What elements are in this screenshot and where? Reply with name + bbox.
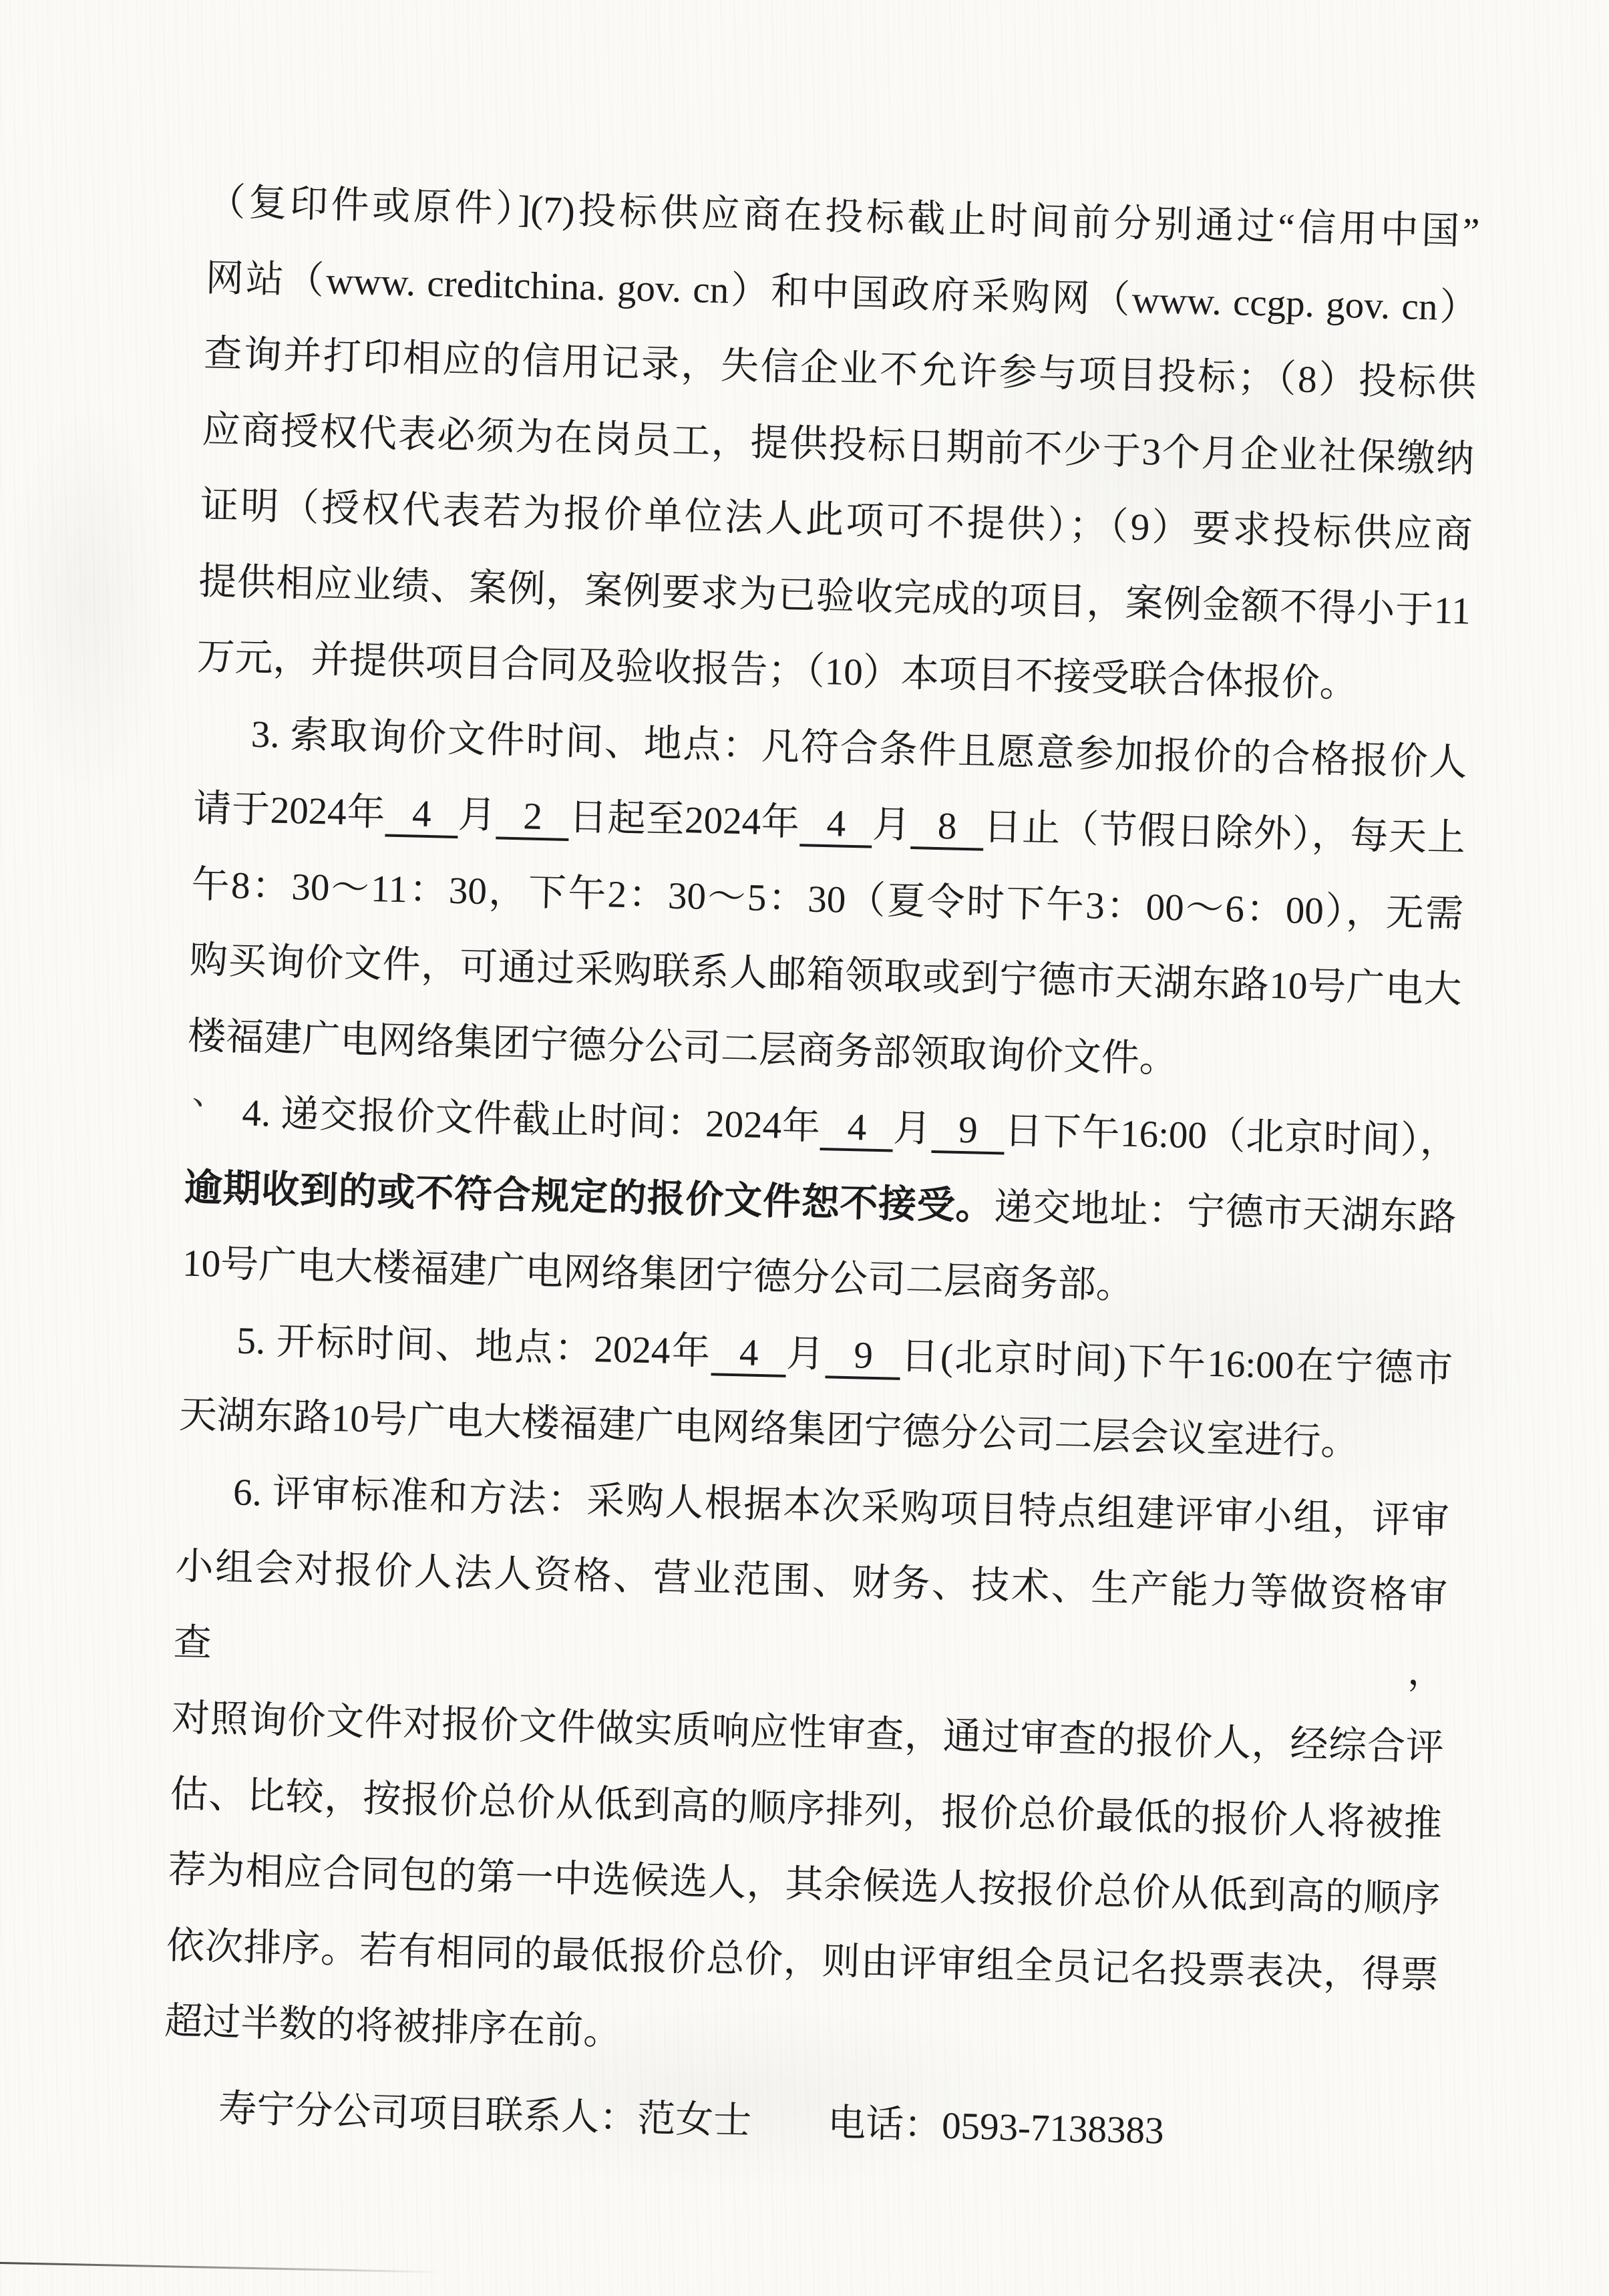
underlined-date-value: 8 xyxy=(910,804,984,851)
text-run: 午8：30～11：30，下午2：30～5：30（夏令时下午3：00～6：00），… xyxy=(191,863,1464,935)
text-run: 日(北京时间)下午16:00在宁德市 xyxy=(900,1335,1453,1389)
text-run: 月 xyxy=(786,1332,827,1375)
text-run: 5. 开标时间、地点：2024年 xyxy=(236,1319,712,1373)
text-run: 日止（节假日除外），每天上 xyxy=(983,806,1466,860)
text-run: 万元，并提供项目合同及验收报告；（10）本项目不接受联合体报价。 xyxy=(196,636,1359,705)
underlined-date-value: 4 xyxy=(711,1331,787,1377)
text-run: 网站（www. creditchina. gov. cn）和中国政府采购网（ww… xyxy=(205,257,1478,329)
document-body: （复印件或原件）](7)投标供应商在投标截止时间前分别通过“信用中国”网站（ww… xyxy=(162,164,1480,2175)
stray-mark: 、 xyxy=(192,1065,226,1114)
underlined-date-value: 4 xyxy=(385,792,458,839)
text-run: 超过半数的将被排序在前。 xyxy=(164,2000,622,2053)
para-4-submission-deadline: 4. 递交报价文件截止时间：2024年 4 月 9 日下午16:00（北京时间）… xyxy=(182,1074,1459,1331)
text-run: 递交地址：宁德市天湖东路 xyxy=(994,1186,1457,1239)
text-run: 月 xyxy=(458,794,497,836)
text-run: 应商授权代表必须为在岗员工，提供投标日期前不少于3个月企业社保缴纳 xyxy=(202,408,1475,480)
scanned-document-page: （复印件或原件）](7)投标供应商在投标截止时间前分别通过“信用中国”网站（ww… xyxy=(0,0,1609,2296)
text-run: 楼福建广电网络集团宁德分公司二层商务部领取询价文件。 xyxy=(188,1015,1178,1080)
scan-crease-line xyxy=(0,2262,441,2273)
underlined-date-value: 9 xyxy=(826,1333,901,1380)
scan-smudge xyxy=(7,401,167,802)
text-run: 10号广电大楼福建广电网络集团宁德分公司二层商务部。 xyxy=(182,1243,1134,1307)
text-run: 6. 评审标准和方法：采购人根据本次采购项目特点组建评审小组，评审 xyxy=(232,1471,1449,1542)
text-run: 小组会对报价人法人资格、营业范围、财务、技术、生产能力等做资格审查， xyxy=(173,1545,1448,1693)
text-line: 寿宁分公司项目联系人：范女士 电话：0593-7138383 xyxy=(162,2070,1435,2175)
text-run: 对照询价文件对报价文件做实质响应性审查，通过审查的报价人，经综合评 xyxy=(171,1697,1444,1769)
underlined-date-value: 9 xyxy=(931,1108,1005,1155)
para-5-bid-opening: 5. 开标时间、地点：2024年 4 月 9 日(北京时间)下午16:00在宁德… xyxy=(178,1301,1454,1483)
text-run: 月 xyxy=(893,1108,932,1150)
text-run: 天湖东路10号广电大楼福建广电网络集团宁德分公司二层会议室进行。 xyxy=(178,1393,1359,1464)
text-run: 查询并打印相应的信用记录，失信企业不允许参与项目投标；（8）投标供 xyxy=(204,333,1477,405)
text-run: 3. 索取询价文件时间、地点：凡符合条件且愿意参加报价的合格报价人 xyxy=(250,713,1467,784)
text-run: 估、比较，按报价总价从低到高的顺序排列，报价总价最低的报价人将被推 xyxy=(170,1773,1443,1845)
text-run: 依次排序。若有相同的最低报价总价，则由评审组全员记名投票表决，得票 xyxy=(166,1925,1439,1997)
para-3-obtain-inquiry-documents: 3. 索取询价文件时间、地点：凡符合条件且愿意参加报价的合格报价人请于2024年… xyxy=(187,695,1468,1104)
underlined-date-value: 4 xyxy=(820,1106,894,1152)
text-run: 月 xyxy=(872,804,911,846)
para-supplier-requirements-continuation: （复印件或原件）](7)投标供应商在投标截止时间前分别通过“信用中国”网站（ww… xyxy=(196,164,1480,725)
text-run: 证明（授权代表若为报价单位法人此项可不提供）；（9）要求投标供应商 xyxy=(200,484,1473,556)
text-run: 日起至2024年 xyxy=(568,796,800,844)
text-run: （复印件或原件）](7)投标供应商在投标截止时间前分别通过“信用中国” xyxy=(207,181,1480,253)
para-6-evaluation-criteria: 6. 评审标准和方法：采购人根据本次采购项目特点组建评审小组，评审小组会对报价人… xyxy=(164,1453,1450,2090)
underlined-date-value: 4 xyxy=(799,802,873,848)
text-run: 提供相应业绩、案例，案例要求为已验收完成的项目，案例金额不得小于11 xyxy=(198,560,1471,632)
underlined-date-value: 2 xyxy=(496,794,570,841)
text-run: 日下午16:00（北京时间）， xyxy=(1004,1110,1459,1162)
text-line: 小组会对报价人法人资格、营业范围、财务、技术、生产能力等做资格审查， xyxy=(173,1528,1449,1710)
text-run: 4. 递交报价文件截止时间：2024年 xyxy=(242,1092,822,1148)
text-run: 寿宁分公司项目联系人：范女士 电话：0593-7138383 xyxy=(218,2088,1165,2152)
text-run: 荐为相应合同包的第一中选候选人，其余候选人按报价总价从低到高的顺序 xyxy=(168,1848,1441,1921)
text-run: 请于2024年 xyxy=(193,788,386,834)
para-contact-info: 寿宁分公司项目联系人：范女士 电话：0593-7138383 xyxy=(162,2070,1435,2175)
text-run: 购买询价文件，可通过采购联系人邮箱领取或到宁德市天湖东路10号广电大 xyxy=(189,939,1462,1011)
bold-text-run: 逾期收到的或不符合规定的报价文件恕不接受。 xyxy=(184,1166,995,1228)
